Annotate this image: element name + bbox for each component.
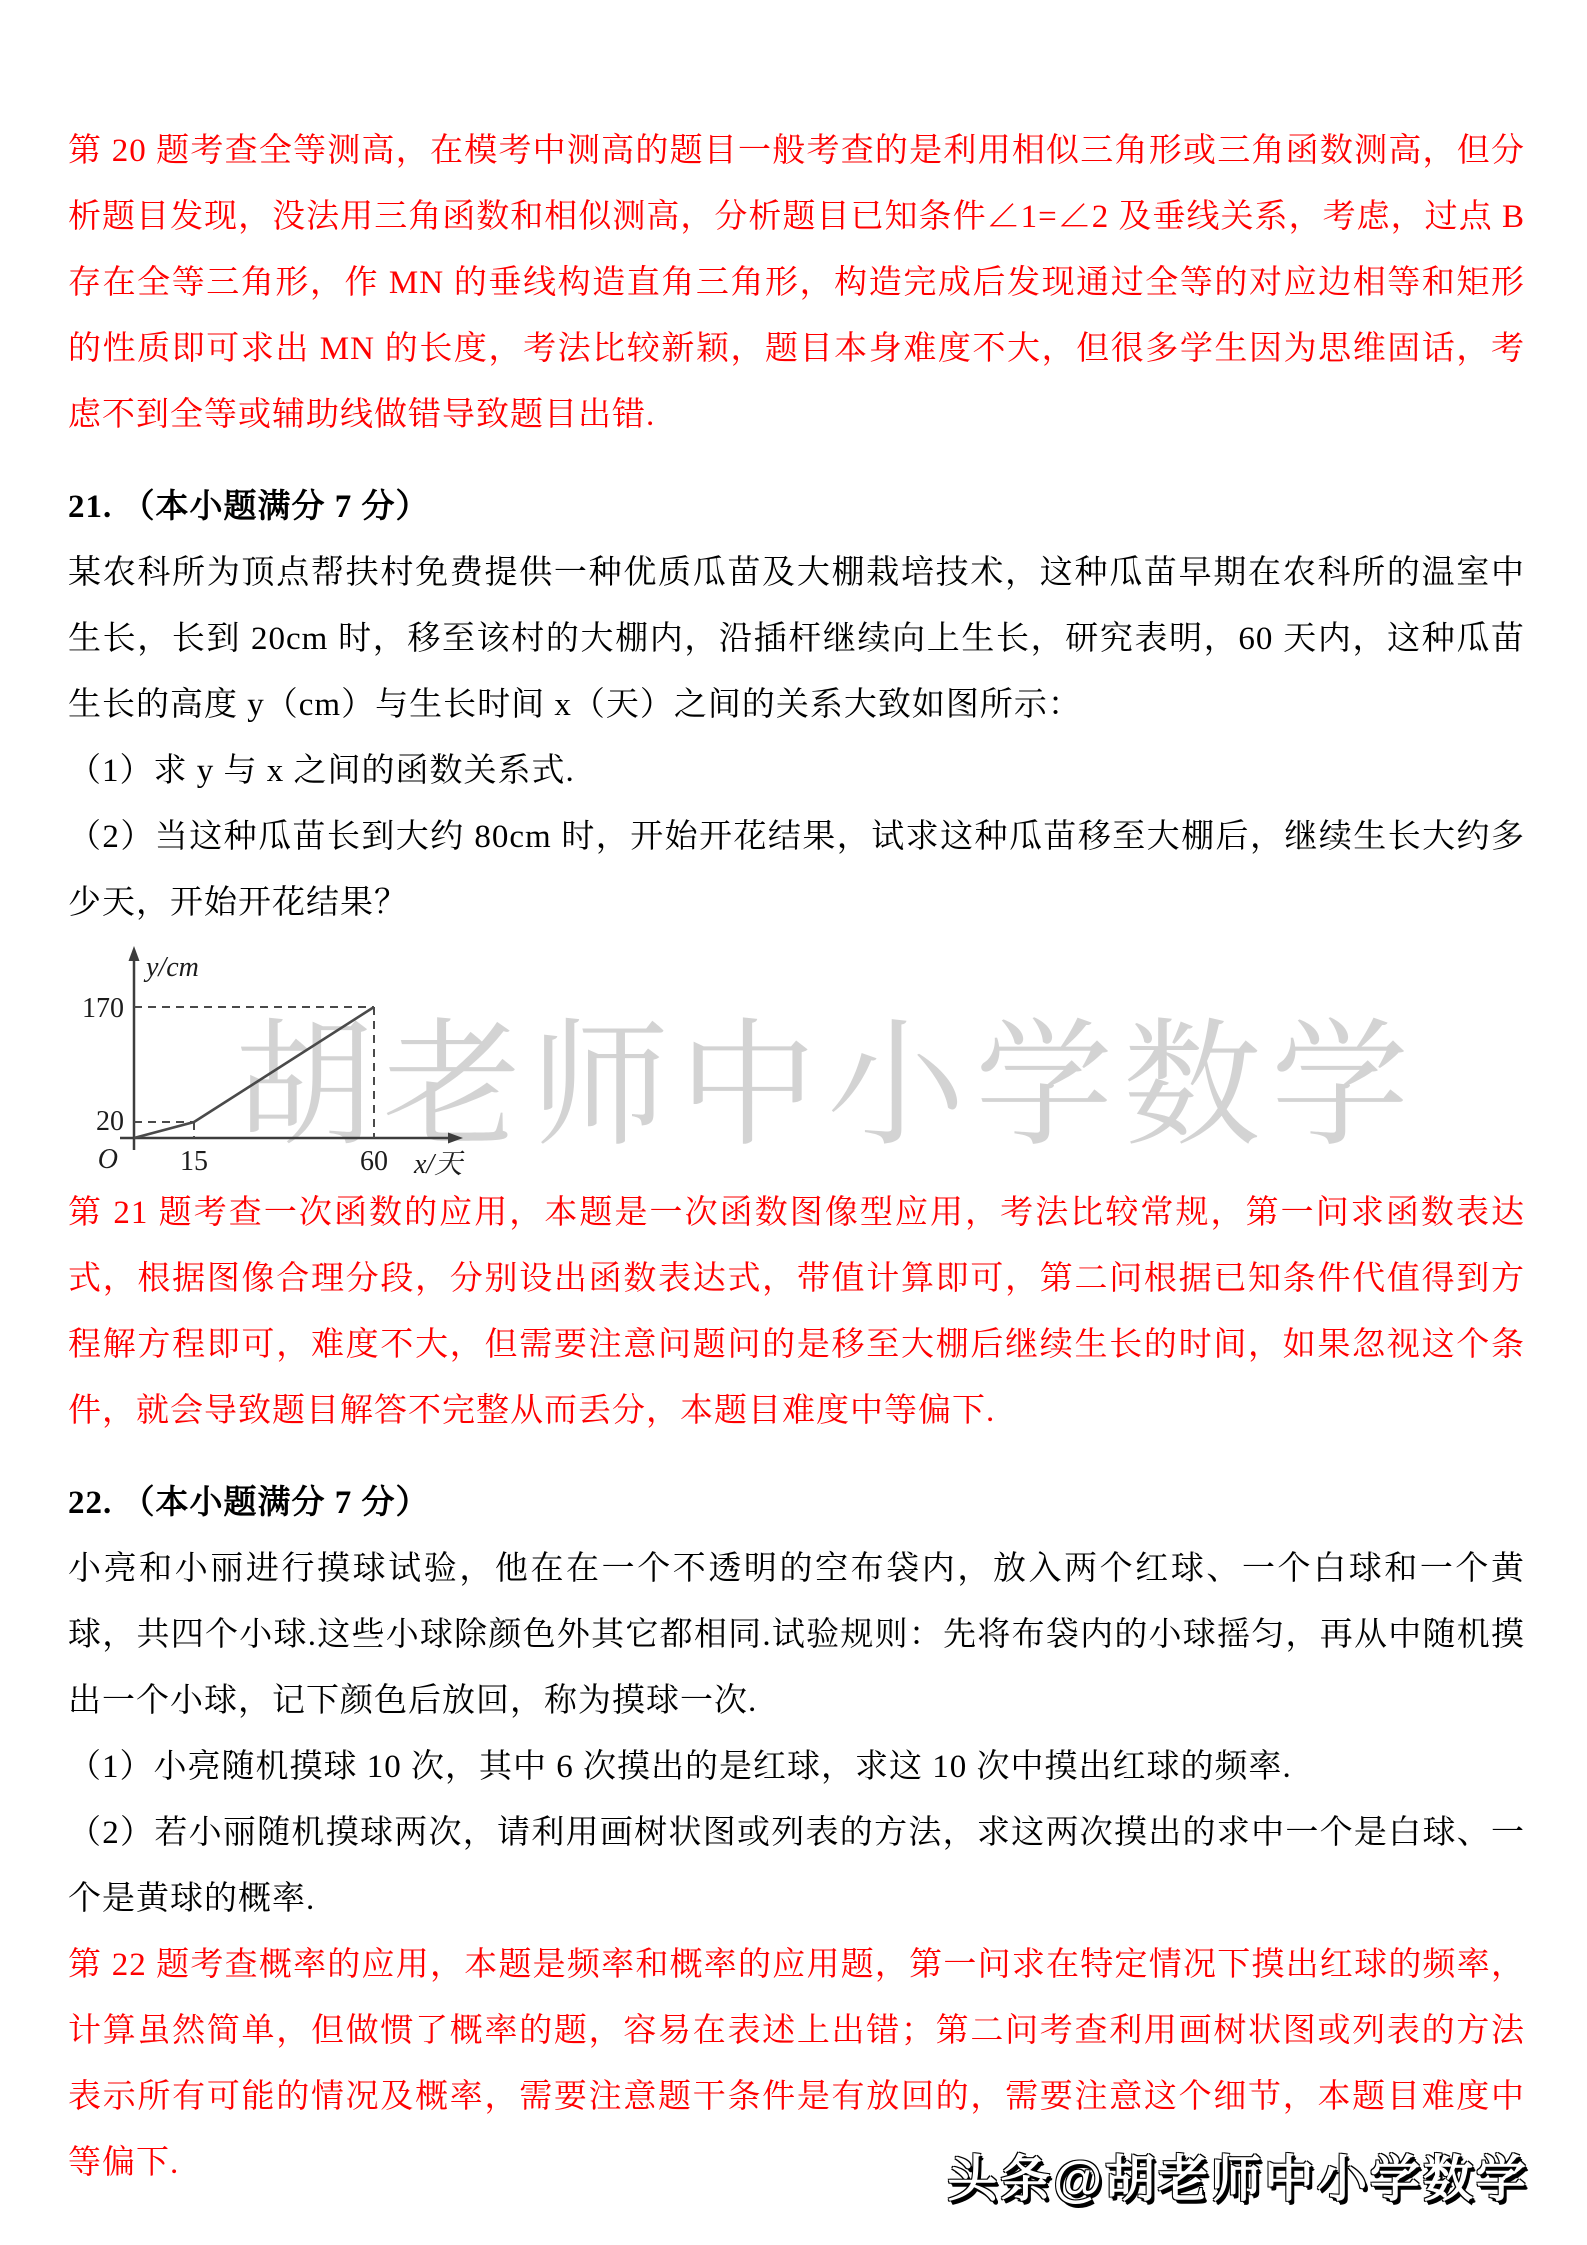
x-tick-15: 15 xyxy=(180,1146,208,1177)
toutiao-watermark: 头条@胡老师中小学数学 xyxy=(947,2139,1529,2211)
x-tick-60: 60 xyxy=(360,1146,388,1177)
q22-part1: （1）小亮随机摸球 10 次，其中 6 次摸出的是红球，求这 10 次中摸出红球… xyxy=(68,1734,1525,1800)
q21-header: 21. （本小题满分 7 分） xyxy=(68,474,1525,540)
y-tick-170: 170 xyxy=(82,993,124,1024)
q22-body: 小亮和小丽进行摸球试验，他在在一个不透明的空布袋内，放入两个红球、一个白球和一个… xyxy=(68,1536,1525,1734)
origin-label: O xyxy=(98,1144,118,1175)
q21-part2: （2）当这种瓜苗长到大约 80cm 时，开始开花结果，试求这种瓜苗移至大棚后，继… xyxy=(68,804,1525,936)
y-axis-arrow-icon xyxy=(129,946,140,961)
q22-header: 22. （本小题满分 7 分） xyxy=(68,1470,1525,1536)
document-content: 第 20 题考查全等测高，在模考中测高的题目一般考查的是利用相似三角形或三角函数… xyxy=(68,118,1525,2196)
q20-analysis-paragraph: 第 20 题考查全等测高，在模考中测高的题目一般考查的是利用相似三角形或三角函数… xyxy=(68,118,1525,448)
x-axis-arrow-icon xyxy=(448,1133,463,1144)
growth-curve xyxy=(134,1007,374,1138)
y-tick-20: 20 xyxy=(96,1106,124,1137)
q22-part2: （2）若小丽随机摸球两次，请利用画树状图或列表的方法，求这两次摸出的求中一个是白… xyxy=(68,1800,1525,1932)
q21-part1: （1）求 y 与 x 之间的函数关系式. xyxy=(68,738,1525,804)
q21-analysis-paragraph: 第 21 题考查一次函数的应用，本题是一次函数图像型应用，考法比较常规，第一问求… xyxy=(68,1180,1525,1444)
chart-svg: y/cm 170 20 O 15 60 x/天 xyxy=(62,940,482,1178)
x-axis-label: x/天 xyxy=(413,1149,465,1178)
y-axis-label: y/cm xyxy=(143,952,199,983)
document-page: 胡老师中小学数学 第 20 题考查全等测高，在模考中测高的题目一般考查的是利用相… xyxy=(0,0,1587,2245)
growth-line-chart: y/cm 170 20 O 15 60 x/天 xyxy=(62,940,1525,1178)
q21-body: 某农科所为顶点帮扶村免费提供一种优质瓜苗及大棚栽培技术，这种瓜苗早期在农科所的温… xyxy=(68,540,1525,738)
